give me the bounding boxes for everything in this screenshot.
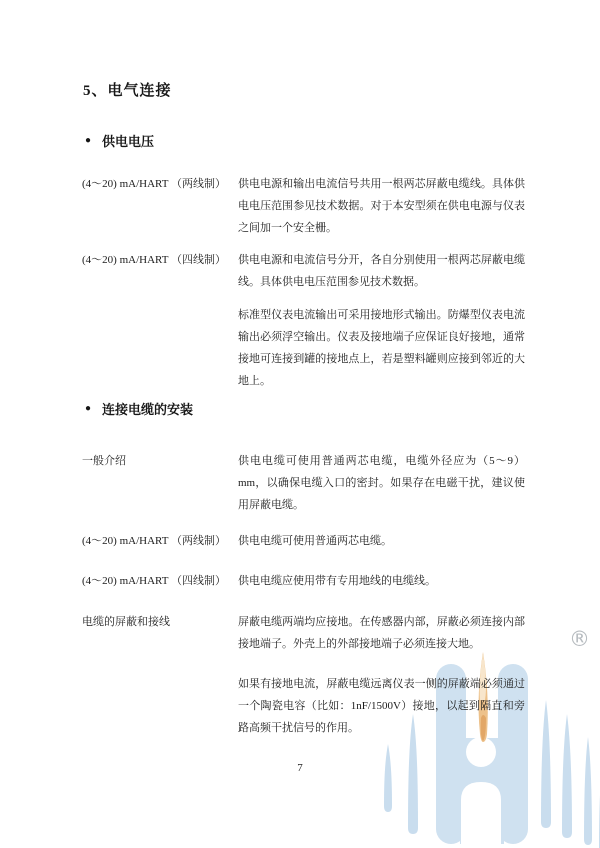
registered-trademark-icon: ® [569, 629, 590, 650]
logo-ray-icon [584, 737, 592, 845]
section-heading-cable-installation: ● 连接电缆的安装 [85, 399, 193, 418]
row-label: 一般介绍 [82, 450, 238, 472]
logo-ray-icon [562, 714, 572, 838]
logo-ray-icon [384, 744, 392, 812]
content-row: 如果有接地电流，屏蔽电缆远离仪表一侧的屏蔽端必须通过一个陶瓷电容（比如：1nF/… [82, 673, 525, 739]
content-row: (4～20) mA/HART （四线制） 供电电缆应使用带有专用地线的电缆线。 [82, 570, 525, 592]
row-text: 供电电缆可使用普通两芯电缆，电缆外径应为（5～9）mm，以确保电缆入口的密封。如… [238, 450, 525, 516]
row-label: (4～20) mA/HART （四线制） [82, 570, 238, 592]
content-row: 一般介绍 供电电缆可使用普通两芯电缆，电缆外径应为（5～9）mm，以确保电缆入口… [82, 450, 525, 516]
row-label: (4～20) mA/HART （两线制） [82, 530, 238, 552]
row-label: (4～20) mA/HART （四线制） [82, 249, 238, 271]
logo-bottom-arch [461, 782, 501, 848]
content-row: (4～20) mA/HART （两线制） 供电电源和输出电流信号共用一根两芯屏蔽… [82, 173, 525, 239]
row-text: 标准型仪表电流输出可采用接地形式输出。防爆型仪表电流输出必须浮空输出。仪表及接地… [238, 304, 525, 392]
content-row: (4～20) mA/HART （四线制） 供电电源和电流信号分开，各自分别使用一… [82, 249, 525, 293]
section-heading-supply-voltage: ● 供电电压 [85, 131, 154, 150]
content-row: 标准型仪表电流输出可采用接地形式输出。防爆型仪表电流输出必须浮空输出。仪表及接地… [82, 304, 525, 392]
logo-crossbar [460, 738, 504, 844]
content-row: 电缆的屏蔽和接线 屏蔽电缆两端均应接地。在传感器内部，屏蔽必须连接内部接地端子。… [82, 611, 525, 655]
row-text: 供电电源和电流信号分开，各自分别使用一根两芯屏蔽电缆线。具体供电电压范围参见技术… [238, 249, 525, 293]
row-text: 供电电缆应使用带有专用地线的电缆线。 [238, 570, 525, 592]
row-label: 电缆的屏蔽和接线 [82, 611, 238, 633]
row-text: 如果有接地电流，屏蔽电缆远离仪表一侧的屏蔽端必须通过一个陶瓷电容（比如：1nF/… [238, 673, 525, 739]
section-heading-label: 供电电压 [102, 131, 154, 150]
page-number: 7 [0, 762, 600, 774]
section-heading-label: 连接电缆的安装 [102, 399, 193, 418]
row-text: 屏蔽电缆两端均应接地。在传感器内部，屏蔽必须连接内部接地端子。外壳上的外部接地端… [238, 611, 525, 655]
bullet-icon: ● [85, 136, 91, 146]
row-text: 供电电源和输出电流信号共用一根两芯屏蔽电缆线。具体供电电压范围参见技术数据。对于… [238, 173, 525, 239]
page-title: 5、电气连接 [83, 79, 172, 100]
content-row: (4～20) mA/HART （两线制） 供电电缆可使用普通两芯电缆。 [82, 530, 525, 552]
row-text: 供电电缆可使用普通两芯电缆。 [238, 530, 525, 552]
row-label: (4～20) mA/HART （两线制） [82, 173, 238, 195]
document-page: ® 5、电气连接 ● 供电电压 (4～20) mA/HART （两线制） 供电电… [0, 0, 600, 848]
bullet-icon: ● [85, 404, 91, 414]
